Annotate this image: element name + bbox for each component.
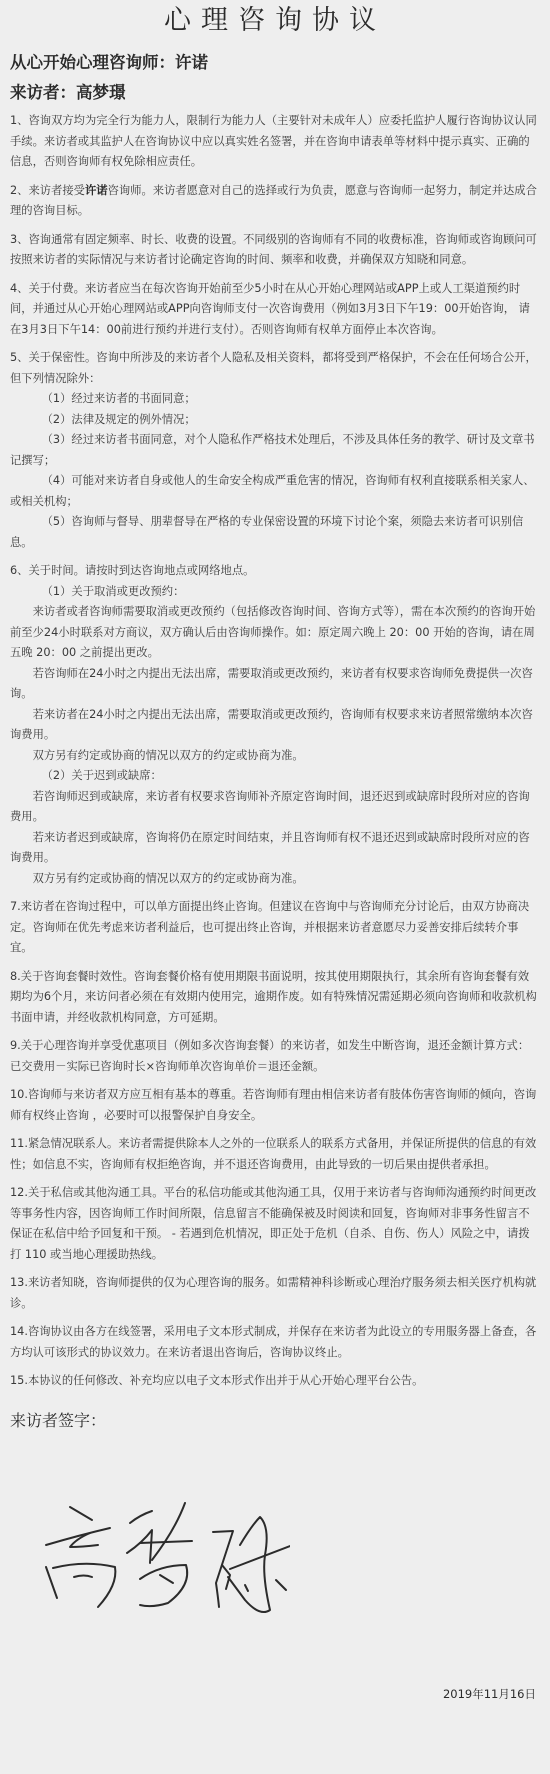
clause-1: 1、咨询双方均为完全行为能力人，限制行为能力人（主要针对未成年人）应委托监护人履… [10, 111, 540, 173]
clause-6-intro: 6、关于时间。请按时到达咨询地点或网络地点。 [10, 561, 540, 582]
clause-5-item: （2）法律及规定的例外情况； [10, 410, 540, 431]
clause-6-sub2-para: 若咨询师迟到或缺席，来访者有权要求咨询师补齐原定咨询时间，退还迟到或缺席时段所对… [10, 787, 540, 828]
clause-8: 8.关于咨询套餐时效性。咨询套餐价格有使用期限书面说明，按其使用期限执行，其余所… [10, 967, 540, 1029]
clause-11: 11.紧急情况联系人。来访者需提供除本人之外的一位联系人的联系方式备用，并保证所… [10, 1134, 540, 1175]
clause-5: 5、关于保密性。咨询中所涉及的来访者个人隐私及相关资料，都将受到严格保护，不会在… [10, 348, 540, 553]
clause-6-sub1-para: 若来访者在24小时之内提出无法出席，需要取消或更改预约，咨询师有权要求来访者照常… [10, 705, 540, 746]
page-title: 心理咨询协议 [10, 0, 540, 44]
clause-10: 10.咨询师与来访者双方应互相有基本的尊重。若咨询师有理由相信来访者有肢体伤害咨… [10, 1085, 540, 1126]
clause-2: 2、来访者接受许诺咨询师。来访者愿意对自己的选择或行为负责，愿意与咨询师一起努力… [10, 181, 540, 222]
clause-3: 3、咨询通常有固定频率、时长、收费的设置。不同级别的咨询师有不同的收费标准，咨询… [10, 230, 540, 271]
clause-6-sub1-para: 若咨询师在24小时之内提出无法出席，需要取消或更改预约，来访者有权要求咨询师免费… [10, 664, 540, 705]
clause-6-sub2-para: 双方另有约定或协商的情况以双方的约定或协商为准。 [10, 869, 540, 890]
clause-6-sub1-title: （1）关于取消或更改预约： [10, 582, 540, 603]
clause-12: 12.关于私信或其他沟通工具。平台的私信功能或其他沟通工具，仅用于来访者与咨询师… [10, 1183, 540, 1265]
clause-6-sub1-para: 来访者或者咨询师需要取消或更改预约（包括修改咨询时间、咨询方式等），需在本次预约… [10, 602, 540, 664]
clause-5-item: （1）经过来访者的书面同意； [10, 389, 540, 410]
clause-7: 7.来访者在咨询过程中，可以单方面提出终止咨询。但建议在咨询中与咨询师充分讨论后… [10, 897, 540, 959]
clause-9: 9.关于心理咨询并享受优惠项目（例如多次咨询套餐）的来访者，如发生中断咨询，退还… [10, 1036, 540, 1077]
signing-date: 2019年11月16日 [443, 1686, 536, 1702]
handwritten-signature-icon [40, 1495, 290, 1620]
counselor-name-bold: 许诺 [85, 184, 108, 197]
signature-label: 来访者签字： [10, 1408, 540, 1434]
clause-13: 13.来访者知晓，咨询师提供的仅为心理咨询的服务。如需精神科诊断或心理治疗服务须… [10, 1273, 540, 1314]
clause-5-item: （5）咨询师与督导、朋辈督导在严格的专业保密设置的环境下讨论个案，须隐去来访者可… [10, 512, 540, 553]
clause-14: 14.咨询协议由各方在线签署，采用电子文本形式制成，并保存在来访者为此设立的专用… [10, 1322, 540, 1363]
clause-6: 6、关于时间。请按时到达咨询地点或网络地点。 （1）关于取消或更改预约： 来访者… [10, 561, 540, 889]
client-line: 来访者：高梦璟 [10, 79, 540, 107]
clause-5-intro: 5、关于保密性。咨询中所涉及的来访者个人隐私及相关资料，都将受到严格保护，不会在… [10, 348, 540, 389]
clause-4: 4、关于付费。来访者应当在每次咨询开始前至少5小时在从心开始心理网站或APP上或… [10, 279, 540, 341]
agreement-document: 心理咨询协议 从心开始心理咨询师：许诺 来访者：高梦璟 1、咨询双方均为完全行为… [0, 0, 550, 1434]
clause-15: 15.本协议的任何修改、补充均应以电子文本形式作出并于从心开始心理平台公告。 [10, 1371, 540, 1392]
counselor-line: 从心开始心理咨询师：许诺 [10, 49, 540, 77]
clause-6-sub1-para: 双方另有约定或协商的情况以双方的约定或协商为准。 [10, 746, 540, 767]
clause-5-item: （3）经过来访者书面同意，对个人隐私作严格技术处理后，不涉及具体任务的教学、研讨… [10, 430, 540, 471]
clause-6-sub2-title: （2）关于迟到或缺席： [10, 766, 540, 787]
clause-2-prefix: 2、来访者接受 [10, 184, 85, 197]
clause-5-item: （4）可能对来访者自身或他人的生命安全构成严重危害的情况，咨询师有权利直接联系相… [10, 471, 540, 512]
clause-6-sub2-para: 若来访者迟到或缺席，咨询将仍在原定时间结束，并且咨询师有权不退还迟到或缺席时段所… [10, 828, 540, 869]
